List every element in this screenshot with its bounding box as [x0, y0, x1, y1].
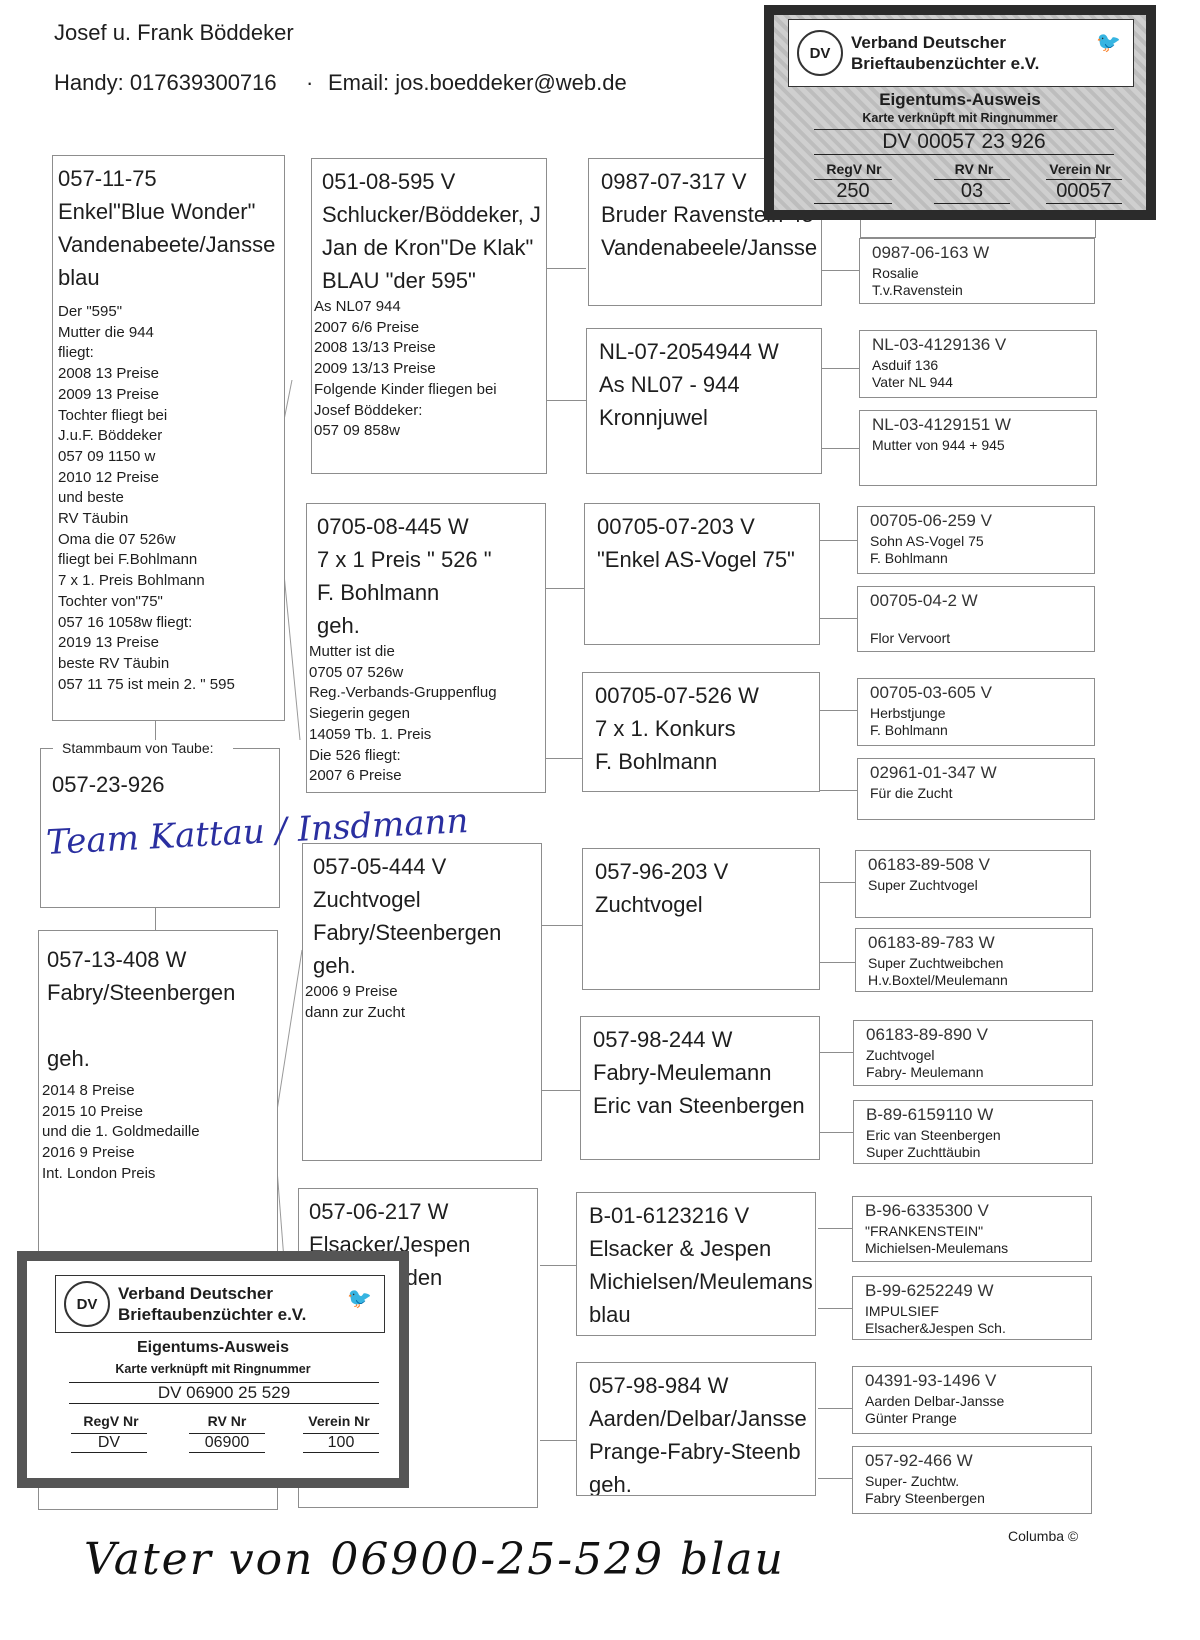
gen4-box: B-96-6335300 V"FRANKENSTEIN"Michielsen-M…: [852, 1196, 1092, 1262]
pedigree-line: Michielsen-Meulemans: [865, 1240, 1079, 1257]
sire-line: Enkel"Blue Wonder": [58, 195, 279, 228]
note-line: 2009 13 Preise: [58, 385, 279, 406]
pedigree-line: Vater NL 944: [872, 374, 1084, 391]
org-line: Brieftaubenzüchter e.V.: [851, 53, 1039, 74]
card-header: DV Verband Deutscher Brieftaubenzüchter …: [788, 19, 1134, 87]
gen4-box: 04391-93-1496 VAarden Delbar-JansseGünte…: [852, 1366, 1092, 1434]
handwritten-footer-note: Vater von 06900-25-529 blau: [84, 1534, 785, 1585]
note-line: Mutter ist die: [309, 642, 535, 663]
ring-number: 04391-93-1496 V: [865, 1369, 1079, 1393]
ring-number: 057-96-203 V: [595, 855, 807, 888]
note-line: Folgende Kinder fliegen bei: [314, 380, 536, 401]
pedigree-line: Zuchtvogel: [313, 883, 531, 916]
separator: ·: [306, 70, 313, 96]
pedigree-line: Mutter von 944 + 945: [872, 437, 1084, 454]
pedigree-line: Super Zuchtvogel: [868, 877, 1078, 894]
card-label: RegV Nr: [71, 1413, 151, 1429]
email: Email: jos.boeddeker@web.de: [328, 70, 627, 96]
ring-number: NL-03-4129151 W: [872, 413, 1084, 437]
pedigree-line: geh.: [313, 949, 531, 982]
pedigree-line: Fabry-Meulemann: [593, 1056, 807, 1089]
sire-notes: Der "595"Mutter die 944fliegt:2008 13 Pr…: [58, 302, 279, 695]
ownership-card-bottom: DV Verband Deutscher Brieftaubenzüchter …: [17, 1251, 409, 1488]
card-header: DV Verband Deutscher Brieftaubenzüchter …: [55, 1275, 385, 1333]
grandparent-box: 0705-08-445 W7 x 1 Preis " 526 "F. Bohlm…: [306, 503, 546, 793]
note-line: 2007 6 Preise: [309, 766, 535, 787]
great-grandparent-box: B-01-6123216 VElsacker & JespenMichielse…: [576, 1192, 816, 1336]
subject-ring: 057-23-926: [52, 768, 165, 801]
owner-name: Josef u. Frank Böddeker: [54, 20, 294, 46]
note-line: Siegerin gegen: [309, 704, 535, 725]
pedigree-line: Flor Vervoort: [870, 630, 1082, 647]
note-line: 2016 9 Preise: [42, 1143, 269, 1164]
pedigree-line: F. Bohlmann: [870, 722, 1082, 739]
pedigree-line: "Enkel AS-Vogel 75": [597, 543, 807, 576]
card-label: RV Nr: [187, 1413, 267, 1429]
ring-number: NL-07-2054944 W: [599, 335, 809, 368]
pedigree-line: 7 x 1. Konkurs: [595, 712, 807, 745]
note-line: 7 x 1. Preis Bohlmann: [58, 571, 279, 592]
ring-number: 06183-89-783 W: [868, 931, 1080, 955]
note-line: Josef Böddeker:: [314, 401, 536, 422]
pedigree-line: As NL07 - 944: [599, 368, 809, 401]
ring-number: 0987-06-163 W: [872, 241, 1082, 265]
ring-number: 00705-07-526 W: [595, 679, 807, 712]
ring-number: 057-06-217 W: [309, 1195, 527, 1228]
note-line: Die 526 fliegt:: [309, 746, 535, 767]
card-value: 100: [303, 1433, 379, 1453]
ring-number: 057-98-244 W: [593, 1023, 807, 1056]
subject-label: Stammbaum von Taube:: [60, 740, 216, 757]
pedigree-line: Super- Zuchtw.: [865, 1473, 1079, 1490]
pigeon-icon: 🐦: [1096, 30, 1121, 55]
pedigree-line: IMPULSIEF: [865, 1303, 1079, 1320]
great-grandparent-box: 057-98-244 WFabry-MeulemannEric van Stee…: [580, 1016, 820, 1160]
gen4-box: 06183-89-508 VSuper Zuchtvogel: [855, 850, 1091, 918]
dam-line: Fabry/Steenbergen: [47, 976, 269, 1009]
note-line: Mutter die 944: [58, 323, 279, 344]
note-line: 2009 13/13 Preise: [314, 359, 536, 380]
note-line: As NL07 944: [314, 297, 536, 318]
note-line: Oma die 07 526w: [58, 530, 279, 551]
ring-number: 00705-04-2 W: [870, 589, 1082, 613]
ring-number: 06183-89-890 V: [866, 1023, 1080, 1047]
ring-number: 051-08-595 V: [322, 165, 536, 198]
great-grandparent-box: 00705-07-526 W7 x 1. KonkursF. Bohlmann: [582, 672, 820, 792]
card-subtitle: Karte verknüpft mit Ringnummer: [774, 111, 1146, 125]
card-label: RV Nr: [934, 161, 1014, 177]
note-line: 2008 13/13 Preise: [314, 338, 536, 359]
note-line: fliegt bei F.Bohlmann: [58, 550, 279, 571]
pedigree-line: Herbstjunge: [870, 705, 1082, 722]
pedigree-line: Aarden/Delbar/Jansse: [589, 1402, 803, 1435]
pedigree-line: Elsacker & Jespen: [589, 1232, 803, 1265]
copyright: Columba ©: [1008, 1528, 1078, 1545]
ring-number: 06183-89-508 V: [868, 853, 1078, 877]
pedigree-line: Zuchtvogel: [595, 888, 807, 921]
pedigree-line: Eric van Steenbergen: [866, 1127, 1080, 1144]
dam-notes: 2014 8 Preise2015 10 Preiseund die 1. Go…: [42, 1081, 269, 1185]
gen4-box: 06183-89-783 WSuper ZuchtweibchenH.v.Box…: [855, 928, 1093, 992]
card-value: DV: [71, 1433, 147, 1453]
card-subtitle: Karte verknüpft mit Ringnummer: [27, 1362, 399, 1376]
ring-number: 057-05-444 V: [313, 850, 531, 883]
card-title: Eigentums-Ausweis: [774, 90, 1146, 110]
phone: Handy: 017639300716: [54, 70, 277, 96]
ring-number: B-01-6123216 V: [589, 1199, 803, 1232]
pedigree-line: Rosalie: [872, 265, 1082, 282]
card-value: 00057: [1046, 179, 1122, 204]
pedigree-line: Zuchtvogel: [866, 1047, 1080, 1064]
great-grandparent-box: 00705-07-203 V"Enkel AS-Vogel 75": [584, 503, 820, 645]
great-grandparent-box: 057-96-203 VZuchtvogel: [582, 848, 820, 990]
pedigree-line: T.v.Ravenstein: [872, 282, 1082, 299]
note-line: 057 09 858w: [314, 421, 536, 442]
gen4-box: 00705-06-259 VSohn AS-Vogel 75F. Bohlman…: [857, 506, 1095, 574]
ring-number: 057-92-466 W: [865, 1449, 1079, 1473]
gen4-box: NL-03-4129151 WMutter von 944 + 945: [859, 410, 1097, 486]
note-line: 2006 9 Preise: [305, 982, 531, 1003]
note-line: 057 09 1150 w: [58, 447, 279, 468]
pedigree-line: Kronnjuwel: [599, 401, 809, 434]
org-line: Verband Deutscher: [118, 1283, 306, 1304]
gen4-box: 02961-01-347 WFür die Zucht: [857, 758, 1095, 820]
grandparent-box: 057-05-444 VZuchtvogelFabry/Steenbergeng…: [302, 843, 542, 1161]
note-line: 2007 6/6 Preise: [314, 318, 536, 339]
card-ring-number: DV 06900 25 529: [69, 1382, 379, 1404]
note-line: und beste: [58, 488, 279, 509]
sire-line: Vandenabeete/Jansse: [58, 228, 279, 261]
pedigree-line: "FRANKENSTEIN": [865, 1223, 1079, 1240]
pedigree-line: H.v.Boxtel/Meulemann: [868, 972, 1080, 989]
ring-number: 00705-07-203 V: [597, 510, 807, 543]
sire-ring: 057-11-75: [58, 162, 279, 195]
pedigree-line: Super Zuchttäubin: [866, 1144, 1080, 1161]
pedigree-line: BLAU "der 595": [322, 264, 536, 297]
card-ring-number: DV 00057 23 926: [814, 129, 1114, 155]
gen4-box: 0987-06-163 WRosalieT.v.Ravenstein: [859, 238, 1095, 304]
ring-number: 00705-03-605 V: [870, 681, 1082, 705]
gen4-box: 06183-89-890 VZuchtvogelFabry- Meulemann: [853, 1020, 1093, 1086]
pedigree-line: F. Bohlmann: [595, 745, 807, 778]
pedigree-line: Eric van Steenbergen: [593, 1089, 807, 1122]
dam-line: geh.: [47, 1042, 269, 1075]
card-label: Verein Nr: [299, 1413, 379, 1429]
dam-line: [47, 1009, 269, 1042]
pedigree-line: Sohn AS-Vogel 75: [870, 533, 1082, 550]
pedigree-line: blau: [589, 1298, 803, 1331]
org-line: Verband Deutscher: [851, 32, 1039, 53]
great-grandparent-box: NL-07-2054944 WAs NL07 - 944Kronnjuwel: [586, 328, 822, 474]
pedigree-line: F. Bohlmann: [317, 576, 535, 609]
note-line: 2014 8 Preise: [42, 1081, 269, 1102]
ring-number: B-99-6252249 W: [865, 1279, 1079, 1303]
card-label: RegV Nr: [814, 161, 894, 177]
pedigree-line: Super Zuchtweibchen: [868, 955, 1080, 972]
note-line: 2019 13 Preise: [58, 633, 279, 654]
gen4-box: B-99-6252249 WIMPULSIEFElsacher&Jespen S…: [852, 1276, 1092, 1340]
pedigree-line: Vandenabeele/Jansse: [601, 231, 809, 264]
note-line: 2010 12 Preise: [58, 468, 279, 489]
pigeon-icon: 🐦: [347, 1286, 372, 1311]
gen4-box: B-89-6159110 WEric van SteenbergenSuper …: [853, 1100, 1093, 1164]
note-line: Reg.-Verbands-Gruppenflug: [309, 683, 535, 704]
dv-logo-icon: DV: [797, 30, 843, 76]
pedigree-line: Michielsen/Meulemans: [589, 1265, 803, 1298]
gen4-box: 00705-04-2 WFlor Vervoort: [857, 586, 1095, 652]
card-value: 250: [814, 179, 892, 204]
gen4-box: 00705-03-605 VHerbstjungeF. Bohlmann: [857, 678, 1095, 746]
pedigree-line: [870, 613, 1082, 630]
ring-number: B-96-6335300 V: [865, 1199, 1079, 1223]
pedigree-line: Aarden Delbar-Jansse: [865, 1393, 1079, 1410]
org-line: Brieftaubenzüchter e.V.: [118, 1304, 306, 1325]
grandparent-box: 051-08-595 VSchlucker/Böddeker, JJan de …: [311, 158, 547, 474]
sire-box: 057-11-75 Enkel"Blue Wonder" Vandenabeet…: [52, 155, 285, 721]
note-line: beste RV Täubin: [58, 654, 279, 675]
note-line: Int. London Preis: [42, 1164, 269, 1185]
card-value: 03: [934, 179, 1010, 204]
pedigree-line: Fabry/Steenbergen: [313, 916, 531, 949]
pedigree-line: F. Bohlmann: [870, 550, 1082, 567]
note-line: Der "595": [58, 302, 279, 323]
ownership-card-top: DV Verband Deutscher Brieftaubenzüchter …: [764, 5, 1156, 220]
note-line: Tochter von"75": [58, 592, 279, 613]
ring-number: 02961-01-347 W: [870, 761, 1082, 785]
dv-logo-icon: DV: [64, 1281, 110, 1327]
sire-line: blau: [58, 261, 279, 294]
note-line: RV Täubin: [58, 509, 279, 530]
pedigree-line: Fabry- Meulemann: [866, 1064, 1080, 1081]
ring-number: 00705-06-259 V: [870, 509, 1082, 533]
note-line: 057 11 75 ist mein 2. " 595: [58, 675, 279, 696]
note-line: fliegt:: [58, 343, 279, 364]
note-line: 0705 07 526w: [309, 663, 535, 684]
card-value: 06900: [189, 1433, 265, 1453]
pedigree-line: geh.: [317, 609, 535, 642]
dam-ring: 057-13-408 W: [47, 943, 269, 976]
note-line: 2008 13 Preise: [58, 364, 279, 385]
pedigree-line: 7 x 1 Preis " 526 ": [317, 543, 535, 576]
pedigree-line: geh.: [589, 1468, 803, 1496]
pedigree-line: Jan de Kron"De Klak": [322, 231, 536, 264]
note-line: 057 16 1058w fliegt:: [58, 613, 279, 634]
pedigree-line: Elsacher&Jespen Sch.: [865, 1320, 1079, 1337]
note-line: 2015 10 Preise: [42, 1102, 269, 1123]
pedigree-line: Prange-Fabry-Steenb: [589, 1435, 803, 1468]
ring-number: 0705-08-445 W: [317, 510, 535, 543]
gen4-box: 057-92-466 WSuper- Zuchtw.Fabry Steenber…: [852, 1446, 1092, 1514]
note-line: J.u.F. Böddeker: [58, 426, 279, 447]
card-label: Verein Nr: [1040, 161, 1120, 177]
note-line: und die 1. Goldmedaille: [42, 1122, 269, 1143]
ring-number: 057-98-984 W: [589, 1369, 803, 1402]
card-title: Eigentums-Ausweis: [27, 1339, 399, 1357]
pedigree-line: Fabry Steenbergen: [865, 1490, 1079, 1507]
gen4-box: NL-03-4129136 VAsduif 136Vater NL 944: [859, 330, 1097, 398]
note-line: dann zur Zucht: [305, 1003, 531, 1024]
great-grandparent-box: 057-98-984 WAarden/Delbar/JanssePrange-F…: [576, 1362, 816, 1496]
note-line: Tochter fliegt bei: [58, 406, 279, 427]
ring-number: NL-03-4129136 V: [872, 333, 1084, 357]
pedigree-line: Schlucker/Böddeker, J: [322, 198, 536, 231]
ring-number: B-89-6159110 W: [866, 1103, 1080, 1127]
pedigree-line: Asduif 136: [872, 357, 1084, 374]
pedigree-line: Günter Prange: [865, 1410, 1079, 1427]
pedigree-line: Für die Zucht: [870, 785, 1082, 802]
note-line: 14059 Tb. 1. Preis: [309, 725, 535, 746]
